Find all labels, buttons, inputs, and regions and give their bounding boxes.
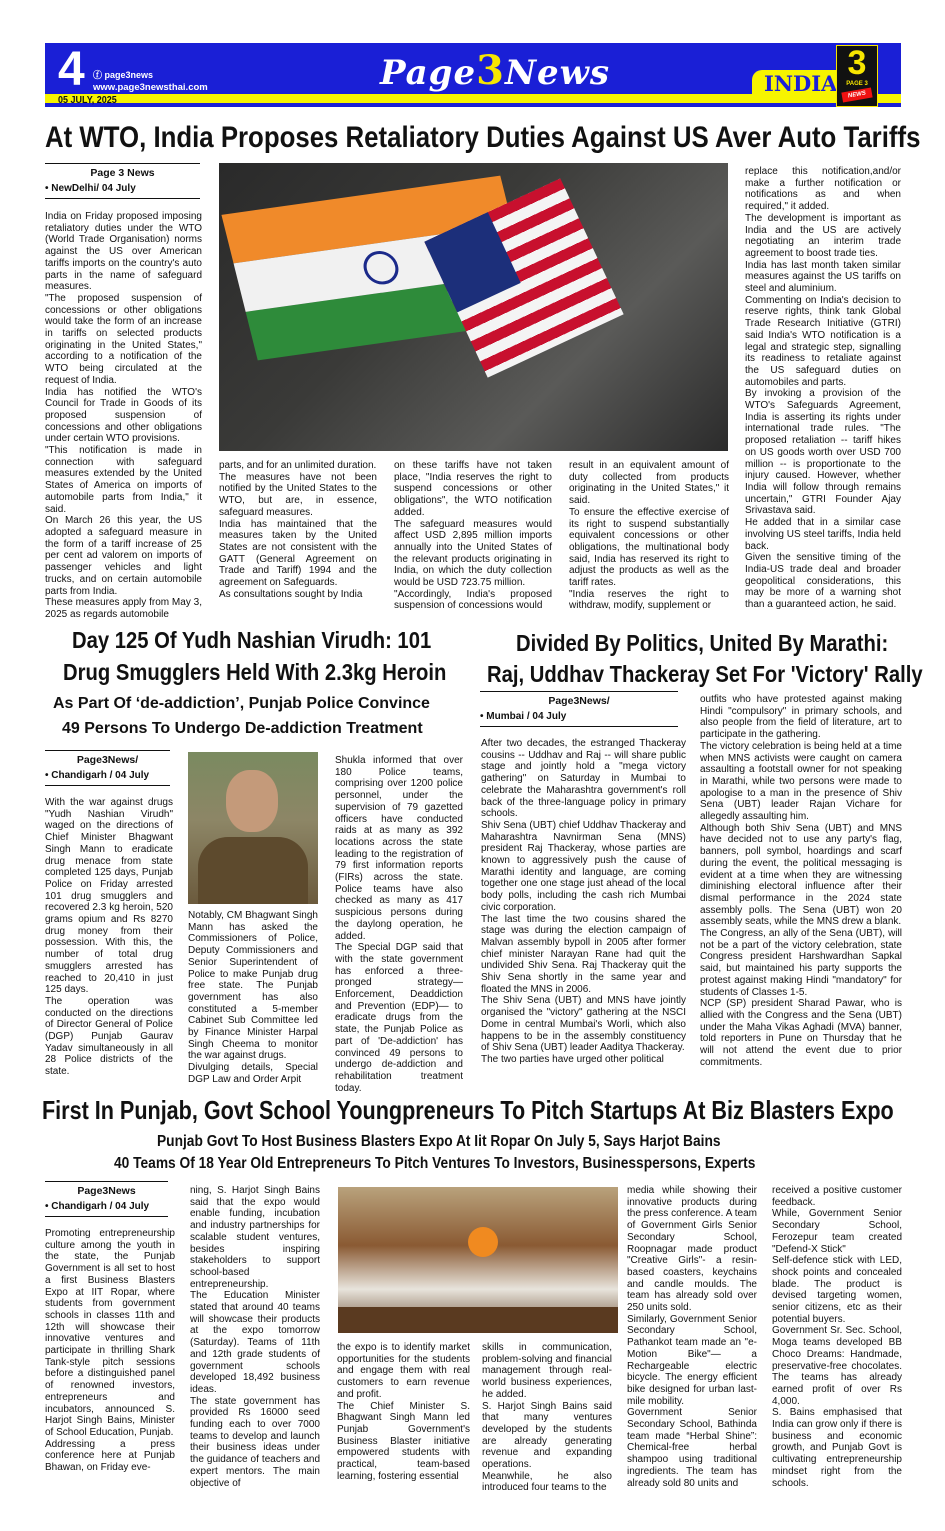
article2-col1: With the war against drugs "Yudh Nashian…	[45, 797, 173, 1078]
article4-headline: First In Punjab, Govt School Youngpreneu…	[42, 1094, 894, 1126]
article1-col3: on these tariffs have not taken place, "…	[394, 460, 552, 612]
article4-byline: Page3News • Chandigarh / 04 July	[45, 1181, 168, 1217]
table-graphic	[338, 1307, 618, 1333]
article2-col2: Notably, CM Bhagwant Singh Mann has aske…	[188, 910, 318, 1086]
article3-headline-line1: Divided By Politics, United By Marathi:	[516, 627, 888, 659]
section-label: INDIA	[764, 70, 837, 98]
turban-graphic	[468, 1227, 498, 1257]
article3-col2: outfits who have protested against makin…	[700, 694, 902, 1069]
byline-source: Page3News/	[480, 692, 678, 709]
article4-col4: skills in communication, problem-solving…	[482, 1342, 612, 1494]
article4-col2: ning, S. Harjot Singh Bains said that th…	[190, 1185, 320, 1489]
officer-photo	[188, 752, 318, 904]
byline-location: • Chandigarh / 04 July	[45, 1199, 168, 1216]
article4-col6: received a positive customer feedback.Wh…	[772, 1185, 902, 1489]
flags-photo	[219, 163, 728, 451]
byline-source: Page3News	[45, 1182, 168, 1199]
article2-byline: Page3News/ • Chandigarh / 04 July	[45, 750, 170, 786]
badge-number: 3	[836, 44, 878, 82]
byline-source: Page 3 News	[45, 164, 200, 181]
article2-headline-line2: Drug Smugglers Held With 2.3kg Heroin	[63, 656, 446, 688]
byline-location: • Mumbai / 04 July	[480, 709, 678, 726]
uniform-graphic	[198, 837, 308, 904]
byline-source: Page3News/	[45, 751, 170, 768]
newspaper-logo[interactable]: Page3News	[380, 48, 610, 96]
byline-location: • NewDelhi/ 04 July	[45, 181, 200, 198]
article1-col1: India on Friday proposed imposing retali…	[45, 211, 202, 611]
website-link[interactable]: www.page3newsthai.com	[93, 82, 208, 93]
face-graphic	[226, 770, 278, 832]
page-number: 4	[58, 44, 85, 96]
article1-headline: At WTO, India Proposes Retaliatory Dutie…	[45, 120, 920, 156]
article2-subhead-line2: 49 Persons To Undergo De-addiction Treat…	[62, 718, 423, 740]
article3-byline: Page3News/ • Mumbai / 04 July	[480, 691, 678, 727]
article1-byline: Page 3 News • NewDelhi/ 04 July	[45, 163, 200, 199]
article1-col2: parts, and for an unlimited duration.The…	[219, 460, 377, 600]
article3-headline-line2: Raj, Uddhav Thackeray Set For 'Victory' …	[487, 658, 923, 690]
masthead-rule	[45, 103, 901, 107]
byline-location: • Chandigarh / 04 July	[45, 768, 170, 785]
article3-col1: After two decades, the estranged Thacker…	[481, 738, 686, 1066]
article4-subhead-line1: Punjab Govt To Host Business Blasters Ex…	[157, 1133, 721, 1151]
article1-col4: result in an equivalent amount of duty c…	[569, 460, 729, 612]
article1-col5: replace this notification,and/or make a …	[745, 166, 901, 611]
article4-col5: media while showing their innovative pro…	[627, 1185, 757, 1489]
article4-col1: Promoting entrepreneurship culture among…	[45, 1228, 175, 1474]
facebook-handle[interactable]: ⓕ page3news	[93, 68, 153, 81]
issue-date: 05 JULY, 2025	[58, 95, 117, 106]
article4-subhead-line2: 40 Teams Of 18 Year Old Entrepreneurs To…	[114, 1155, 755, 1173]
article2-subhead-line1: As Part Of ‘de-addiction’, Punjab Police…	[53, 693, 430, 715]
article2-headline-line1: Day 125 Of Yudh Nashian Virudh: 101	[72, 624, 431, 656]
article2-col3: Shukla informed that over 180 Police tea…	[335, 755, 463, 1094]
press-conference-photo	[338, 1187, 618, 1333]
article4-col3: the expo is to identify market opportuni…	[337, 1342, 470, 1482]
badge-label: PAGE 3	[836, 81, 878, 87]
facebook-icon: ⓕ	[93, 70, 105, 80]
